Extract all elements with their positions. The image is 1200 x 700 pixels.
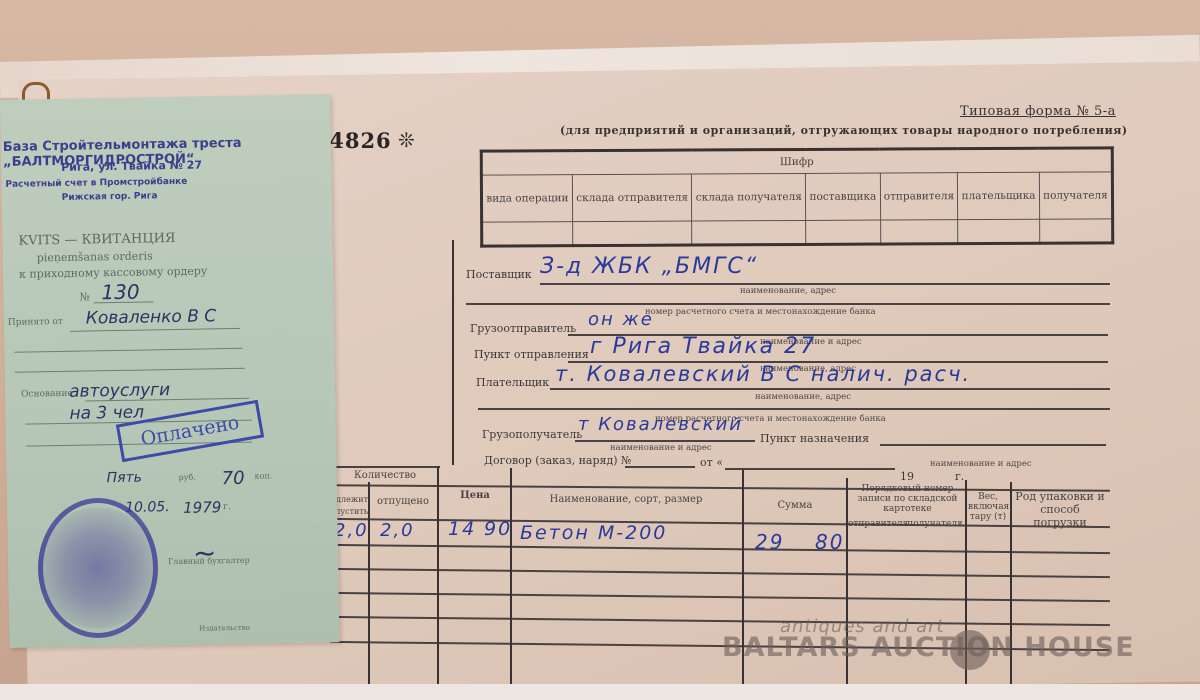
cell-released: 2,0 (380, 520, 415, 541)
cipher-col: склада получателя (692, 173, 806, 221)
stamp-line-3: Расчетный счет в Промстройбанке (5, 177, 187, 190)
col-weight: Вес, включая тару (т) (968, 492, 1008, 522)
stamp-line-2: Рига, ул. Твайка № 27 (61, 158, 202, 173)
receipt-basis-label: Основание (21, 389, 73, 400)
field-line (880, 444, 1106, 446)
receipt-basis-value: автоуслуги на 3 чел (69, 379, 160, 425)
form-number: Типовая форма № 5-а (960, 104, 1116, 119)
departure-value: г Рига Твайка 27 (590, 334, 816, 359)
cipher-table: Шифр вида операции склада отправителя ск… (480, 146, 1115, 247)
round-seal (38, 498, 158, 638)
supplier-value: З-д ЖБК „БМГС“ (540, 254, 758, 279)
receipt-printer: Издательство (199, 624, 250, 633)
ornament-icon: ❊ (398, 128, 415, 152)
consignee-hint: наименование и адрес (610, 443, 712, 453)
col-name: Наименование, сорт, размер (512, 494, 740, 506)
cell-to-release: 2,0 (334, 520, 369, 541)
receipt-rub-label: руб. (179, 473, 196, 482)
receipt-amount-words: Пять (106, 470, 142, 487)
destination-hint: наименование и адрес (930, 459, 1032, 469)
cipher-col: вида операции (481, 175, 572, 222)
col-receiver: получателя (906, 518, 964, 530)
form-purpose: (для предприятий и организаций, отгружаю… (560, 124, 1128, 137)
contract-year: 19 (900, 470, 914, 483)
signature: ~ (193, 536, 217, 569)
receipt-subtitle-ru: к приходному кассовому ордеру (19, 264, 208, 280)
contract-label: Договор (заказ, наряд) № (484, 454, 631, 467)
field-line (478, 408, 1110, 410)
field-line (625, 466, 695, 468)
receipt-line (70, 328, 240, 332)
receipt-number-label: № (79, 290, 90, 303)
col-sum: Сумма (745, 500, 845, 512)
cipher-col: отправителя (880, 173, 958, 220)
bank-hint: номер расчетного счета и местонахождение… (645, 307, 876, 317)
col-packing: Род упаковки и способ погрузки (1015, 490, 1105, 529)
field-line (540, 283, 1110, 285)
watermark-brand: BALTARS AUCTION HOUSE (722, 632, 1135, 663)
shipper-label: Грузоотправитель (470, 322, 576, 335)
stamp-line-4: Рижская гор. Рига (62, 191, 158, 203)
cell-price-rub: 14 (448, 518, 476, 540)
payer-label: Плательщик (476, 376, 549, 389)
field-line (550, 388, 1110, 390)
receipt-amount-kop: 70 (221, 468, 244, 489)
field-line (466, 303, 1110, 305)
col-card-no: Порядковый номер записи по складской кар… (850, 484, 965, 514)
payer-value: т. Ковалевский В С налич. расч. (555, 362, 971, 386)
receipt-title: KVITS — КВИТАНЦИЯ (18, 231, 175, 249)
receipt-number: 130 (101, 280, 140, 305)
cipher-col: получателя (1039, 172, 1112, 219)
cipher-col: склада отправителя (572, 174, 692, 222)
cipher-col: плательщика (958, 172, 1040, 219)
col-price: Цена (440, 490, 510, 502)
contract-year-suffix: г. (955, 470, 964, 483)
table-vline (437, 466, 439, 692)
receipt-from-value: Коваленко В С (86, 306, 217, 328)
col-quantity: Количество (340, 470, 430, 482)
receipt-year: 1979 (183, 498, 221, 517)
supplier-hint: наименование, адрес (740, 286, 836, 296)
cell-sum-rub: 29 (755, 530, 784, 554)
payer-hint: наименование, адрес (755, 392, 851, 402)
cipher-header: Шифр (481, 148, 1112, 175)
receipt-line (15, 368, 245, 373)
consignee-label: Грузополучатель (482, 428, 582, 441)
contract-from: от « (700, 456, 723, 469)
col-released: отпущено (370, 496, 436, 508)
departure-label: Пункт отправления (474, 348, 589, 361)
divider (452, 240, 454, 465)
receipt-kop-label: коп. (255, 471, 273, 480)
field-line (575, 440, 755, 442)
receipt-line (14, 348, 242, 353)
receipt-year-suffix: г. (223, 502, 231, 512)
receipt-from-label: Принято от (8, 317, 63, 328)
cell-price-kop: 90 (484, 518, 512, 540)
cipher-col: поставщика (806, 173, 880, 220)
col-sender: отправителя (848, 518, 904, 530)
cell-item-name: Бетон М-200 (520, 522, 667, 544)
table-line (320, 466, 440, 468)
shipper-value: он же (588, 309, 654, 330)
destination-label: Пункт назначения (760, 432, 869, 445)
supplier-label: Поставщик (466, 268, 532, 281)
field-line (725, 468, 895, 470)
consignee-value: т Ковалевский (578, 414, 743, 435)
cell-sum-kop: 80 (815, 530, 844, 554)
bottom-edge (0, 684, 1200, 700)
receipt-subtitle-lv: pieņemšanas orderis (37, 249, 153, 264)
